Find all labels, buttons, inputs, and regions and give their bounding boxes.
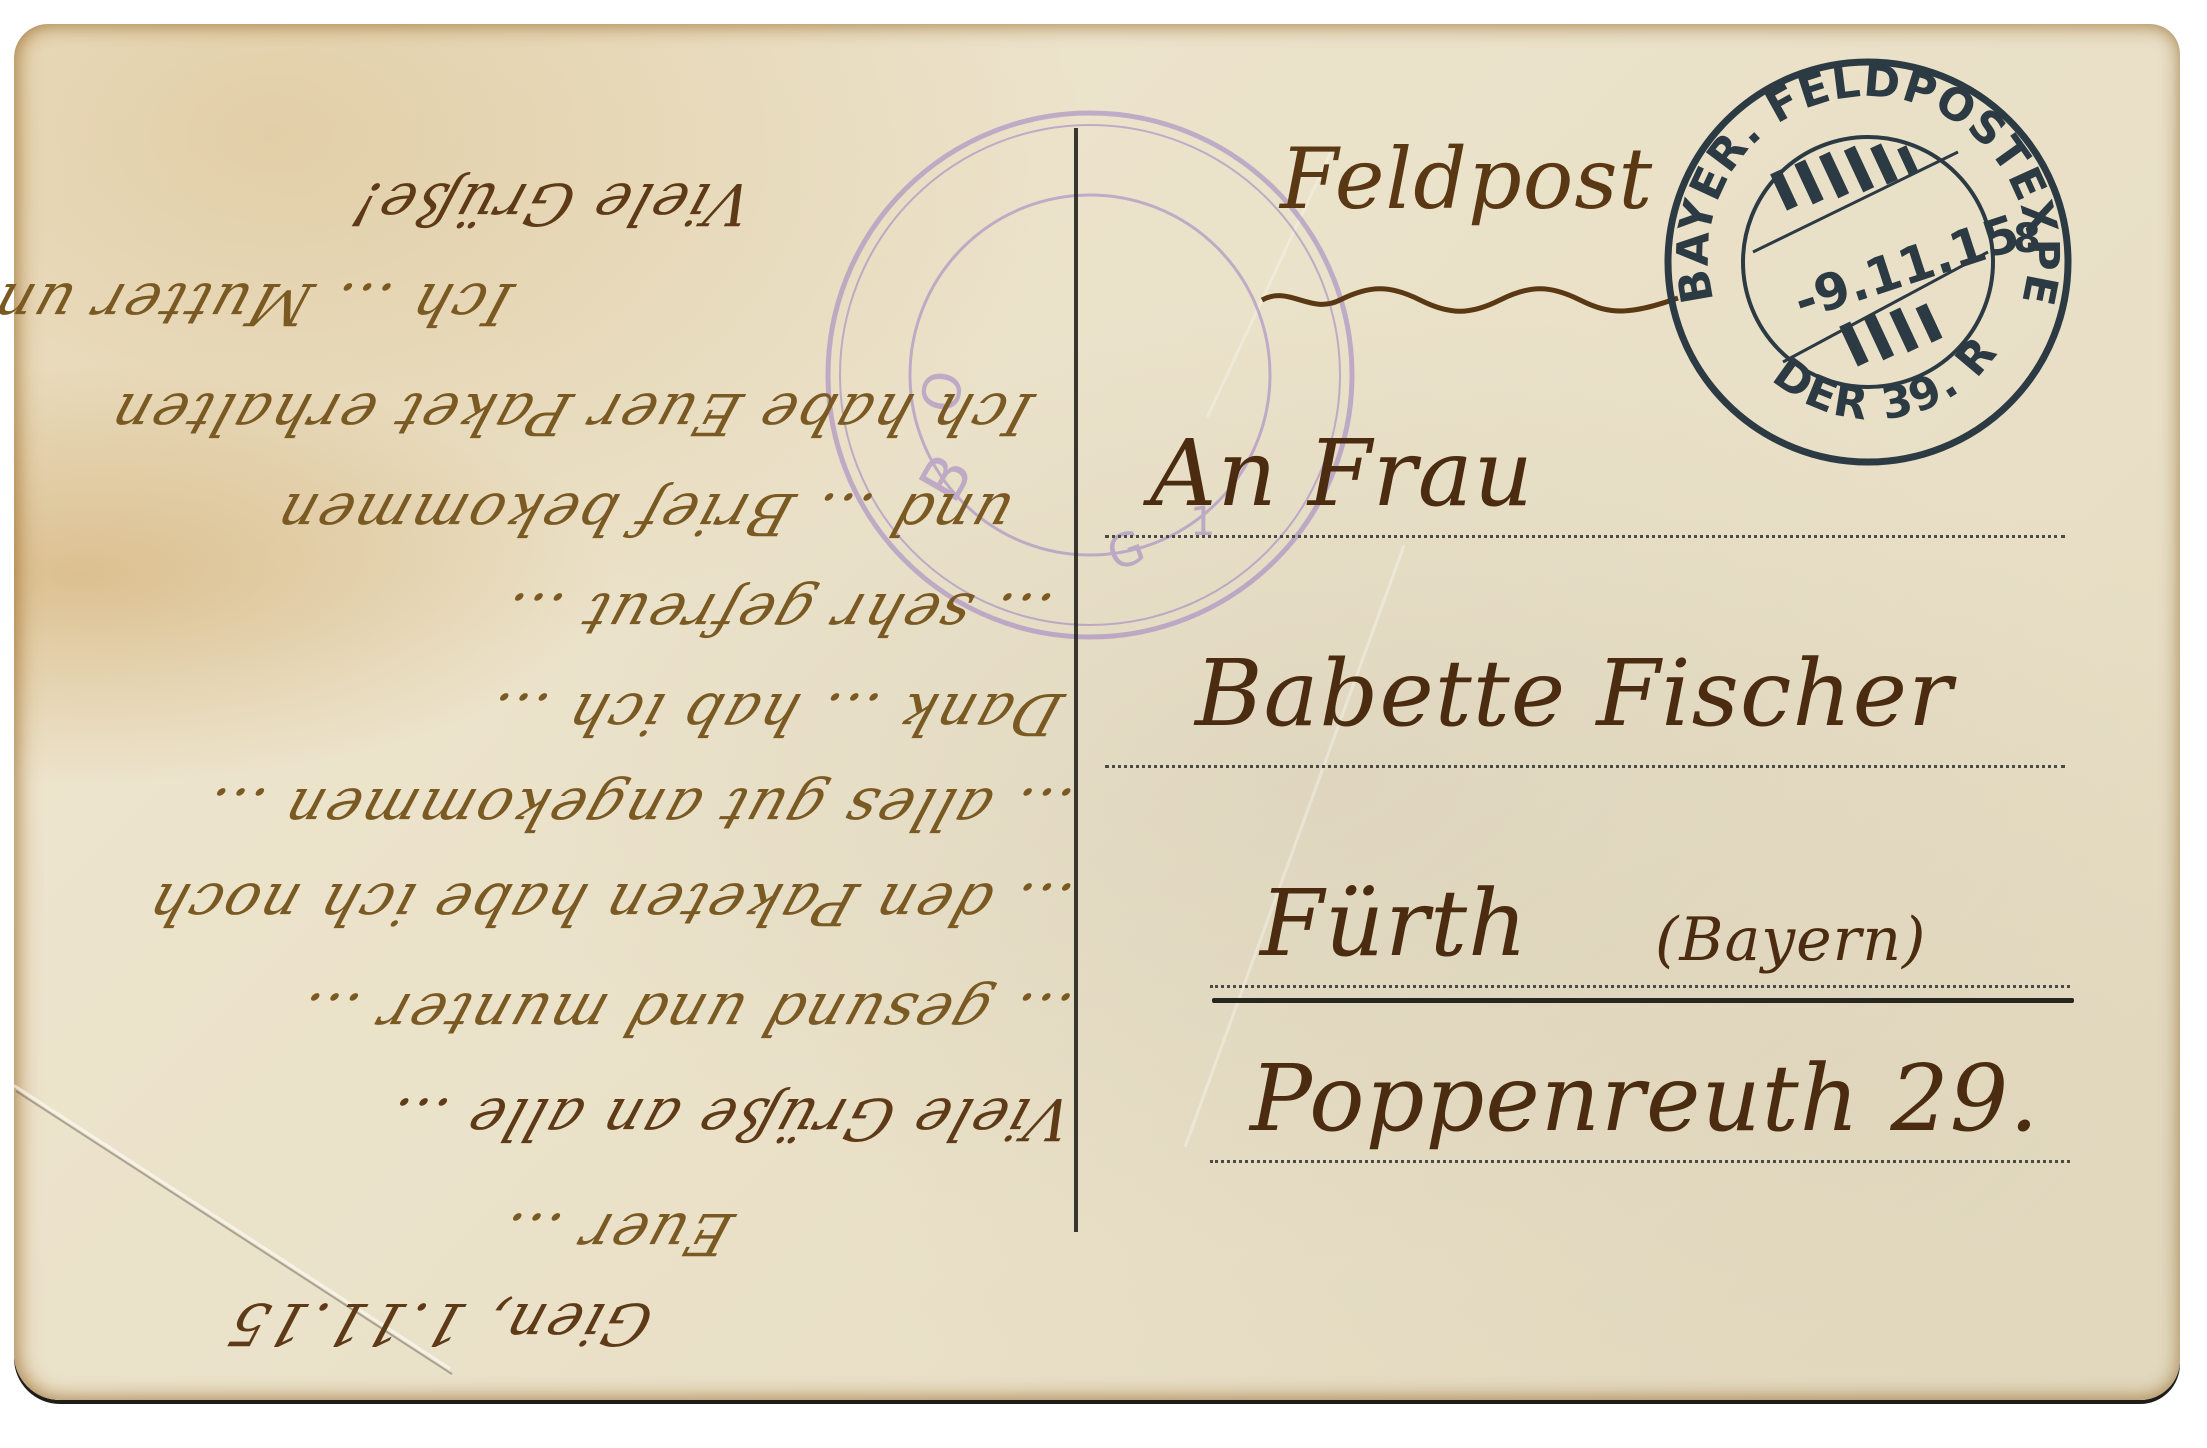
message-line: Ich habe Euer Paket erhalten <box>100 380 1041 448</box>
address-recipient-name: Babette Fischer <box>1195 640 1953 747</box>
postmark-number: 8 <box>2013 216 2041 262</box>
address-city: Fürth <box>1260 870 1528 977</box>
postmark-date: -9.11.15 <box>1787 204 2026 331</box>
message-line: … sehr gefreut … <box>491 580 1061 648</box>
address-street: Poppenreuth 29. <box>1250 1045 2040 1152</box>
address-line-3 <box>1210 985 2070 988</box>
message-line: und … Brief bekommen <box>266 480 1021 548</box>
postmark-stamp: BAYER. FELDPOSTEXPEDITION DER 39. RES. D… <box>1658 52 2078 472</box>
message-line: Dank … hab ich … <box>476 680 1071 748</box>
address-region: (Bayern) <box>1655 905 1926 975</box>
feldpost-header: Feldpost <box>1280 130 1653 228</box>
message-line: Viele Grüße! <box>342 170 761 238</box>
address-line-2 <box>1105 765 2065 768</box>
card-divider-line <box>1074 128 1078 1232</box>
feldpost-underline <box>1260 280 1680 320</box>
address-salutation: An Frau <box>1150 420 1534 527</box>
message-line: Viele Grüße an alle … <box>376 1085 1081 1153</box>
message-line: … den Paketen habe ich noch <box>137 870 1081 938</box>
message-line: Ich … Mutter und … <box>0 270 521 338</box>
svg-text:G: G <box>1100 519 1152 582</box>
address-underline-solid <box>1212 998 2074 1003</box>
handwritten-message: Viele Grüße! Ich … Mutter und … Ich habe… <box>110 150 1070 1390</box>
message-line: … gesund und munter … <box>287 980 1081 1048</box>
message-line: … alles gut angekommen … <box>193 775 1082 843</box>
address-line-1 <box>1105 535 2065 538</box>
message-date: Gien, 1.11.15 <box>218 1290 661 1358</box>
message-line: Euer … <box>489 1200 741 1268</box>
address-line-4 <box>1210 1160 2070 1163</box>
